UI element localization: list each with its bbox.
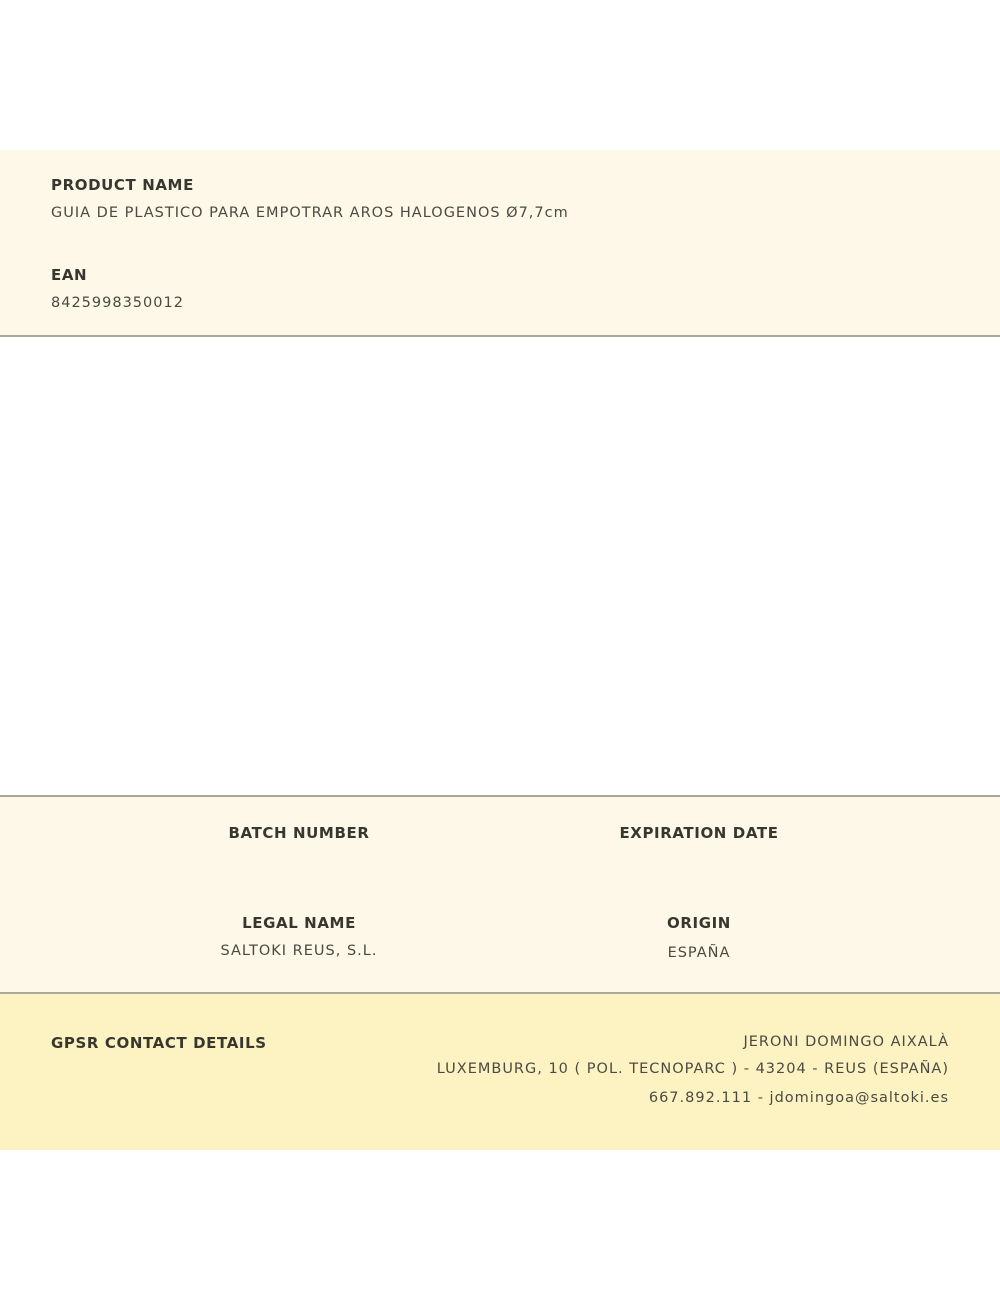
origin-value: ESPAÑA [668, 945, 731, 961]
product-name-label: PRODUCT NAME [51, 176, 194, 194]
expiration-date-label: EXPIRATION DATE [619, 824, 778, 842]
product-name-value: GUIA DE PLASTICO PARA EMPOTRAR AROS HALO… [51, 205, 569, 221]
gpsr-contact-name: JERONI DOMINGO AIXALÀ [743, 1034, 949, 1050]
ean-label: EAN [51, 266, 87, 284]
details-section: BATCH NUMBER EXPIRATION DATE LEGAL NAME … [0, 795, 1000, 994]
ean-value: 8425998350012 [51, 295, 184, 311]
product-section: PRODUCT NAME GUIA DE PLASTICO PARA EMPOT… [0, 150, 1000, 337]
gpsr-section: GPSR CONTACT DETAILS JERONI DOMINGO AIXA… [0, 994, 1000, 1150]
gpsr-phone-email: 667.892.111 - jdomingoa@saltoki.es [649, 1090, 949, 1106]
origin-label: ORIGIN [667, 914, 731, 932]
gpsr-address: LUXEMBURG, 10 ( POL. TECNOPARC ) - 43204… [437, 1061, 949, 1077]
batch-number-label: BATCH NUMBER [229, 824, 370, 842]
legal-name-value: SALTOKI REUS, S.L. [221, 943, 378, 959]
legal-name-label: LEGAL NAME [242, 914, 356, 932]
gpsr-contact-label: GPSR CONTACT DETAILS [51, 1034, 267, 1052]
